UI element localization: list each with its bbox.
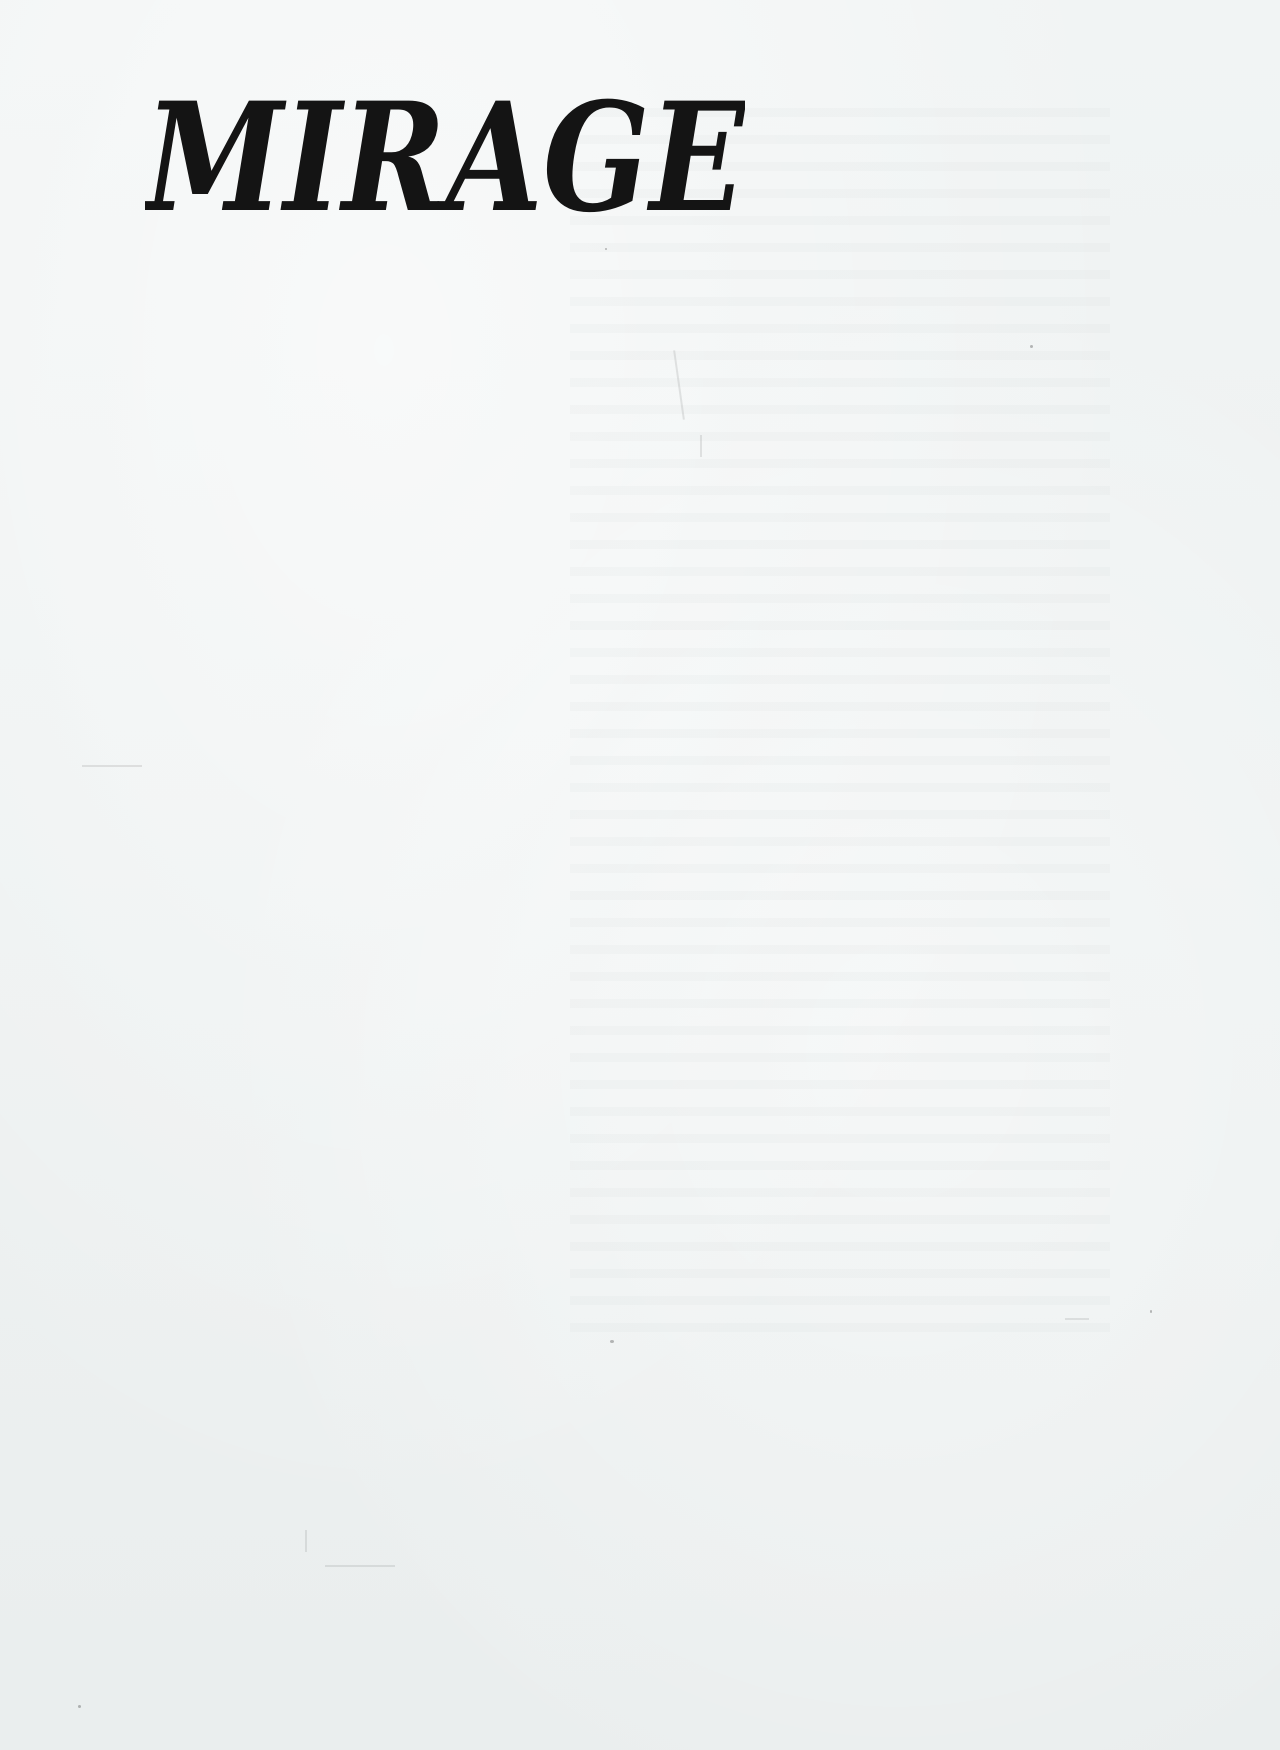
- paper-scratch: [305, 1530, 307, 1552]
- reverse-side-bleed-through: [570, 90, 1110, 1340]
- paper-scratch: [82, 765, 142, 767]
- title-text: MIRAGE: [145, 82, 745, 242]
- paper-scratch: [325, 1565, 395, 1567]
- paper-speck: [1150, 1310, 1152, 1313]
- paper-scratch: [1065, 1318, 1089, 1320]
- paper-scratch: [700, 435, 702, 457]
- document-page: MIRAGE: [0, 0, 1280, 1750]
- title-wordmark-graphic: MIRAGE: [145, 82, 745, 242]
- paper-speck: [1030, 345, 1033, 348]
- paper-speck: [78, 1705, 81, 1708]
- paper-speck: [610, 1340, 614, 1343]
- title-wordmark: MIRAGE: [145, 82, 745, 242]
- paper-speck: [605, 248, 607, 250]
